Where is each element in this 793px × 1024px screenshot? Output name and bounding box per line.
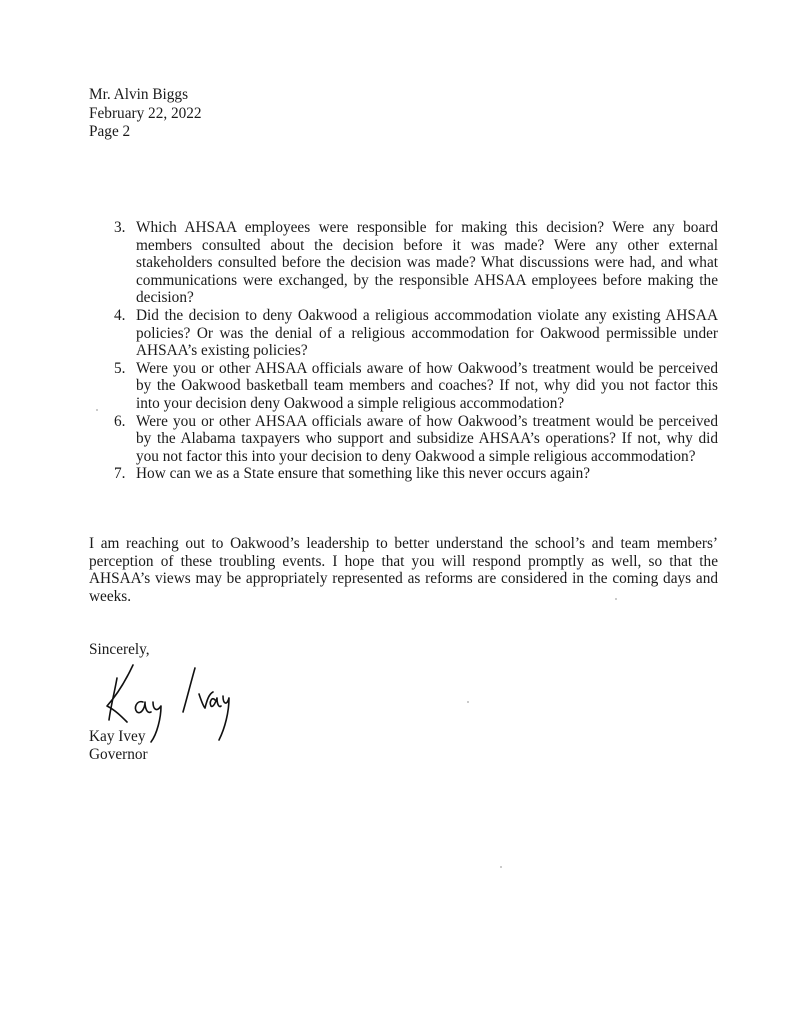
question-text: Did the decision to deny Oakwood a relig…: [136, 307, 718, 359]
scan-speck: [615, 598, 617, 600]
signer-name: Kay Ivey: [89, 728, 148, 746]
question-number: 4.: [114, 307, 125, 325]
question-item: 3. Which AHSAA employees were responsibl…: [110, 219, 718, 307]
signer-block: Kay Ivey Governor: [89, 728, 148, 764]
question-number: 7.: [114, 465, 125, 483]
question-text: Were you or other AHSAA officials aware …: [136, 413, 718, 465]
question-number: 3.: [114, 219, 125, 237]
page-number: Page 2: [89, 123, 202, 142]
scan-speck: [96, 409, 98, 411]
body-paragraph: I am reaching out to Oakwood’s leadershi…: [89, 535, 718, 605]
question-text: How can we as a State ensure that someth…: [136, 465, 590, 482]
question-item: 6. Were you or other AHSAA officials awa…: [110, 413, 718, 466]
letter-date: February 22, 2022: [89, 105, 202, 124]
question-item: 5. Were you or other AHSAA officials awa…: [110, 360, 718, 413]
closing: Sincerely,: [89, 641, 150, 659]
question-number: 6.: [114, 413, 125, 431]
question-list: 3. Which AHSAA employees were responsibl…: [110, 219, 718, 483]
question-text: Which AHSAA employees were responsible f…: [136, 219, 718, 306]
question-item: 4. Did the decision to deny Oakwood a re…: [110, 307, 718, 360]
signer-title: Governor: [89, 746, 148, 764]
letter-header: Mr. Alvin Biggs February 22, 2022 Page 2: [89, 86, 202, 142]
question-text: Were you or other AHSAA officials aware …: [136, 360, 718, 412]
question-item: 7. How can we as a State ensure that som…: [110, 465, 718, 483]
recipient-name: Mr. Alvin Biggs: [89, 86, 202, 105]
question-number: 5.: [114, 360, 125, 378]
scan-speck: [500, 866, 502, 868]
scan-speck: [467, 701, 469, 703]
